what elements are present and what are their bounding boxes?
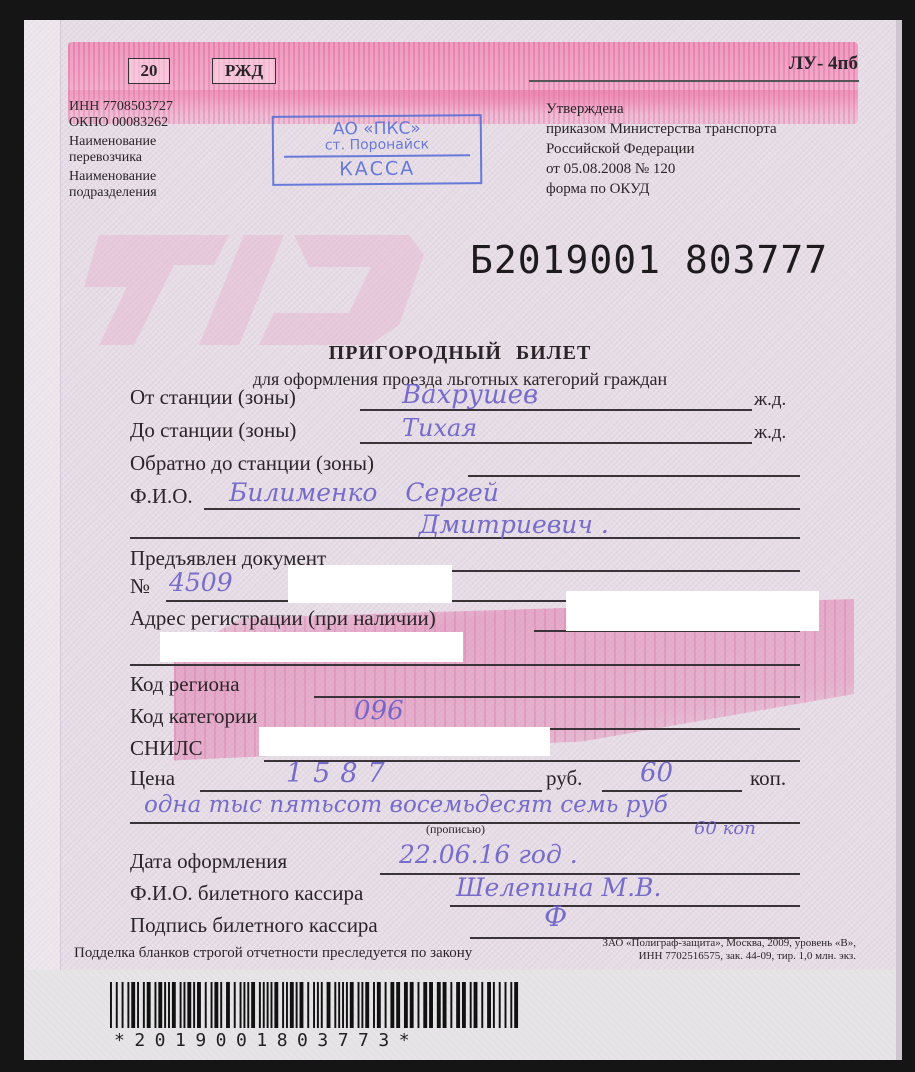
document-line [400, 570, 800, 572]
cashier-signature: Ф [544, 900, 567, 933]
carrier-label-2: перевозчика [69, 150, 173, 166]
price-label: Цена [130, 766, 175, 791]
barcode-text: *2019001803773* [114, 1030, 419, 1051]
division-label-1: Наименование [69, 169, 173, 185]
ticket: 20 РЖД ЛУ- 4пб ИНН 7708503727 ОКПО 00083… [24, 20, 902, 1060]
printer-line-2: ИНН 7702516575, зак. 44-09, тир. 1,0 млн… [602, 950, 856, 963]
issue-date-value[interactable]: 22.06.16 год . [399, 840, 578, 869]
division-label-2: подразделения [69, 185, 173, 201]
cashier-name-line [450, 905, 800, 907]
price-rub-value[interactable]: 1587 [286, 758, 395, 789]
return-station-line [468, 475, 800, 477]
cashier-name-label: Ф.И.О. билетного кассира [130, 881, 363, 906]
price-kop-value[interactable]: 60 [640, 758, 673, 788]
from-station-label: От станции (зоны) [130, 385, 296, 410]
to-station-label: До станции (зоны) [130, 418, 296, 443]
carrier-label-1: Наименование [69, 134, 173, 150]
approval-line: Утверждена [546, 99, 777, 119]
approval-line: приказом Министерства транспорта [546, 119, 777, 139]
to-station-suffix: ж.д. [754, 422, 786, 444]
approval-line: Российской Федерации [546, 139, 777, 159]
okpo: ОКПО 00083262 [69, 115, 173, 131]
approval-line: форма по ОКУД [546, 179, 777, 199]
from-station-suffix: ж.д. [754, 389, 786, 411]
printer-info: ЗАО «Полиграф-защита», Москва, 2009, уро… [602, 937, 856, 963]
form-code: ЛУ- 4пб [789, 53, 858, 75]
document-number-value[interactable]: 4509 [169, 568, 233, 597]
category-code-value[interactable]: 096 [354, 696, 404, 726]
registration-address-label: Адрес регистрации (при наличии) [130, 606, 436, 631]
carrier-info: ИНН 7708503727 ОКПО 00083262 Наименовани… [69, 99, 173, 201]
price-kop-unit: коп. [750, 766, 786, 791]
serial-number: Б2019001 803777 [470, 238, 828, 282]
from-station-value[interactable]: Вахрушев [402, 380, 538, 410]
cashier-stamp: АО «ПКС» ст. Поронайск КАССА [272, 114, 483, 186]
redaction-snils [259, 727, 550, 756]
snils-label: СНИЛС [130, 736, 203, 761]
category-code-label: Код категории [130, 704, 258, 729]
cashier-signature-label: Подпись билетного кассира [130, 913, 378, 938]
rzd-logo-watermark-icon [79, 215, 449, 355]
issue-date-label: Дата оформления [130, 849, 287, 874]
to-station-line [360, 442, 752, 444]
rzd-box: РЖД [212, 58, 276, 84]
price-words-value-2[interactable]: 60 коп [694, 818, 756, 839]
price-words-caption: (прописью) [426, 822, 485, 837]
approval-line: от 05.08.2008 № 120 [546, 159, 777, 179]
registration-address-line-2 [130, 664, 800, 666]
printer-line-1: ЗАО «Полиграф-защита», Москва, 2009, уро… [602, 937, 856, 950]
full-name-label: Ф.И.О. [130, 484, 193, 509]
redaction-address-2 [160, 632, 463, 662]
redaction-document-number [288, 565, 452, 603]
price-rub-unit: руб. [546, 766, 582, 791]
stamp-station: ст. Поронайск [274, 137, 480, 154]
approval-info: Утверждена приказом Министерства транспо… [546, 99, 777, 199]
full-name-value-2[interactable]: Дмитриевич . [419, 510, 609, 539]
form-code-rule [529, 80, 859, 82]
redaction-address-1 [566, 591, 819, 631]
price-words-value[interactable]: одна тыс пятьсот восемьдесят семь руб [144, 792, 668, 818]
inn: ИНН 7708503727 [69, 99, 173, 115]
region-code-label: Код региона [130, 672, 240, 697]
forgery-warning: Подделка бланков строгой отчетности прес… [74, 945, 472, 962]
to-station-value[interactable]: Тихая [402, 414, 477, 442]
stamp-kassa: КАССА [274, 156, 480, 182]
year-box: 20 [128, 58, 170, 84]
stamp-org: АО «ПКС» [274, 119, 480, 139]
perforated-edge [24, 20, 61, 1060]
cashier-name-value[interactable]: Шелепина М.В. [456, 873, 661, 902]
document-number-label: № [130, 574, 150, 599]
full-name-value-1[interactable]: Билименко Сергей [229, 478, 499, 507]
barcode [110, 982, 520, 1028]
ticket-title: ПРИГОРОДНЫЙ БИЛЕТ [24, 342, 896, 365]
return-station-label: Обратно до станции (зоны) [130, 451, 374, 476]
